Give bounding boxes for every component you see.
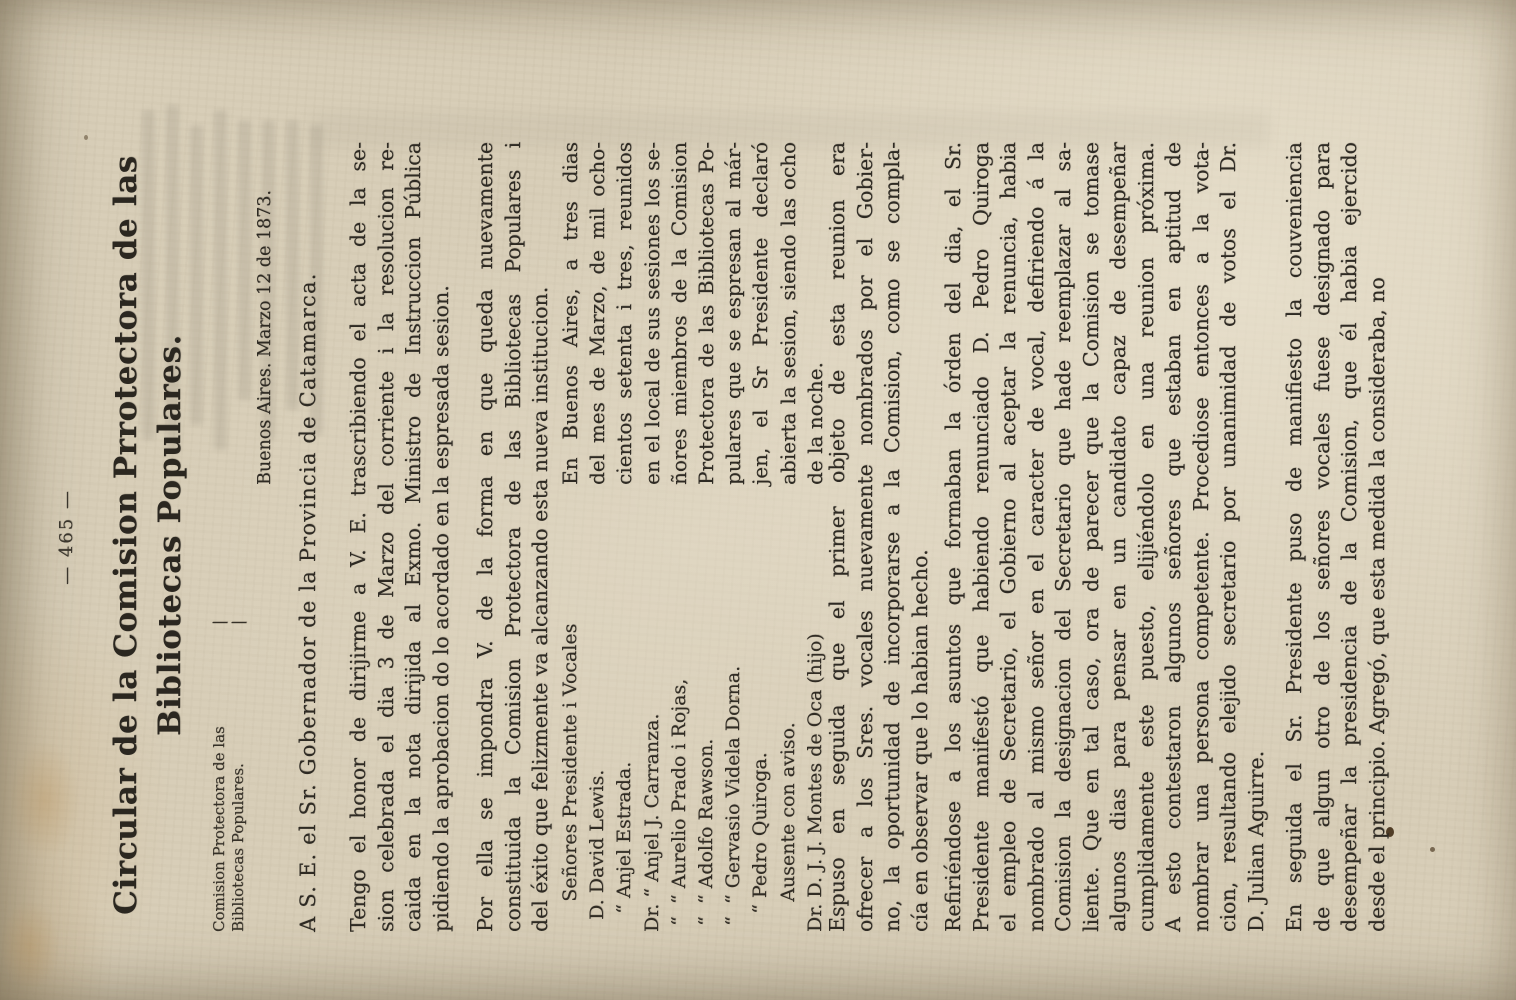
page-number: — 465 — [56, 142, 77, 932]
paper-stain [0, 900, 60, 990]
text-line: algunos dias para pensar en un candidato… [1105, 142, 1133, 932]
margin-note: Comision Protectora de las | Bibliotecas… [210, 620, 248, 932]
act-text-line: del mes de Marzo, de mil ocho- [584, 142, 611, 485]
act-text-line: pulares que se espresan al már- [720, 142, 747, 485]
attendee-row: Ausente con aviso. abierta la sesion, si… [775, 142, 802, 932]
scanned-book-page: — 465 — Circular de la Comision Prrotect… [0, 0, 1516, 1000]
page-title-line2: Bibliotecas Populares. [148, 125, 192, 945]
act-text-line: abierta la sesion, siendo las ocho [775, 142, 802, 485]
margin-note-brace: | [229, 620, 248, 625]
salutation: A S. E. el Sr. Gobernador de la Provinci… [296, 142, 320, 932]
text-line: el empleo de Secretario, el Gobierno al … [995, 142, 1023, 932]
attendee-row: “ “ Aurelio Prado i Rojas, ñores miembro… [666, 142, 693, 932]
text-line: no, la oportunidad de incorporarse a la … [879, 142, 907, 932]
margin-note-text: Bibliotecas Populares. [229, 763, 247, 932]
ink-speck [84, 135, 88, 140]
text-line: pidiendo la aprobacion do lo acordado en… [428, 142, 456, 932]
text-line: del éxito que felizmente va alcanzando e… [527, 142, 555, 932]
text-line: desde el principio. Agregó, que esta med… [1364, 142, 1392, 932]
attendees-block: Señores Presidente i Vocales En Buenos A… [557, 142, 829, 932]
text-line: Refiriéndose a los asuntos que formaban … [940, 142, 968, 932]
text-line: ofrecer a los Sres. vocales nuevamente n… [852, 142, 880, 932]
text-line: nombrar una persona competente. Procedio… [1188, 142, 1216, 932]
act-text-line: ñores miembros de la Comision [666, 142, 693, 485]
text-line: Espuso en seguida que el primer objeto d… [824, 142, 852, 932]
page-content: — 465 — Circular de la Comision Prrotect… [0, 0, 1516, 1000]
attendee-row: Señores Presidente i Vocales En Buenos A… [557, 142, 584, 932]
text-line: caida en la nota dirijida al Exmo. Minis… [400, 142, 428, 932]
act-text-line: cientos setenta i tres, reunidos [611, 142, 638, 485]
text-line: nombrado al mismo señor en el caracter d… [1023, 142, 1051, 932]
text-line: de que algun otro de los señores vocales… [1309, 142, 1337, 932]
act-text-line: en el local de sus sesiones los se- [639, 142, 666, 485]
text-line: A esto contestaron algunos señores que e… [1160, 142, 1188, 932]
attendee-row: “ “ Adolfo Rawson. Protectora de las Bib… [693, 142, 720, 932]
dateline: Buenos Aires. Marzo 12 de 1873. [255, 190, 275, 485]
text-line: Tengo el honor de dirijirme a V. E. tras… [345, 142, 373, 932]
margin-note-brace: | [210, 620, 229, 625]
ink-speck [1430, 847, 1435, 852]
bleedthrough-mark [214, 110, 227, 450]
text-line: Comision la designacion del Secretario q… [1050, 142, 1078, 932]
attendee-row: “ “ Gervasio Videla Dorna. pulares que s… [720, 142, 747, 932]
margin-note-line: Bibliotecas Populares. | [229, 620, 248, 932]
text-line: En seguida el Sr. Presidente puso de man… [1281, 142, 1309, 932]
paragraph-1: Tengo el honor de dirijirme a V. E. tras… [345, 142, 455, 932]
act-text-line: En Buenos Aires, a tres dias [557, 142, 584, 485]
attendee-row: “ Anjel Estrada. cientos setenta i tres,… [611, 142, 638, 932]
text-line: liente. Que en tal caso, ora de parecer … [1078, 142, 1106, 932]
margin-note-text: Comision Protectora de las [210, 726, 228, 932]
text-line: cía en observar que lo habian hecho. [907, 142, 935, 932]
attendee-row: “ Pedro Quiroga. jen, el Sr Presidente d… [747, 142, 774, 932]
text-line: cion, resultando elejido secretario por … [1215, 142, 1243, 932]
attendee-row: D. David Lewis. del mes de Marzo, de mil… [584, 142, 611, 932]
paragraph-4: Refiriéndose a los asuntos que formaban … [940, 142, 1270, 932]
text-line: constituida la Comision Protectora de la… [500, 142, 528, 932]
text-line: desempeñar la presidencia de la Comision… [1336, 142, 1364, 932]
act-text-line: Protectora de las Bibliotecas Po- [693, 142, 720, 485]
paragraph-3: Espuso en seguida que el primer objeto d… [824, 142, 934, 932]
text-line: D. Julian Aguirre. [1243, 142, 1271, 932]
margin-note-line: Comision Protectora de las | [210, 620, 229, 932]
text-line: sion celebrada el dia 3 de Marzo del cor… [373, 142, 401, 932]
page-title-line1: Circular de la Comision Prrotectora de l… [104, 125, 148, 945]
paragraph-5: En seguida el Sr. Presidente puso de man… [1281, 142, 1391, 932]
text-line: Presidente manifestó que habiendo renunc… [968, 142, 996, 932]
act-text-line: jen, el Sr Presidente declaró [747, 142, 774, 485]
paragraph-2: Por ella se impondra V. de la forma en q… [472, 142, 555, 932]
text-line: cumplidamente este puesto, elijiéndolo e… [1133, 142, 1161, 932]
attendee-row: Dr. “ Anjel J. Carranza. en el local de … [639, 142, 666, 932]
bleedthrough-mark [238, 120, 251, 400]
text-line: Por ella se impondra V. de la forma en q… [472, 142, 500, 932]
